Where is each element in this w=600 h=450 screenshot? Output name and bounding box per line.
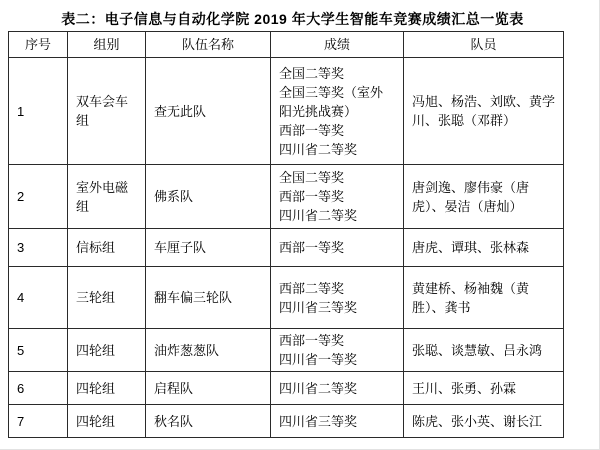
- cell-awards: 西部二等奖四川省三等奖: [271, 267, 404, 329]
- table-row: 1双车会车组查无此队全国二等奖全国三等奖（室外阳光挑战赛）西部一等奖四川省二等奖…: [9, 58, 564, 165]
- cell-awards: 四川省二等奖: [271, 372, 404, 405]
- award-line: 西部一等奖: [279, 121, 395, 140]
- cell-no: 1: [9, 58, 68, 165]
- cell-members: 冯旭、杨浩、刘欧、黄学川、张聪（邓群）: [404, 58, 564, 165]
- cell-no: 2: [9, 165, 68, 229]
- award-line: 全国二等奖: [279, 64, 395, 83]
- table-row: 5四轮组油炸葱葱队西部一等奖四川省一等奖张聪、谈慧敏、吕永鸿: [9, 329, 564, 372]
- table-row: 4三轮组翻车偏三轮队西部二等奖四川省三等奖黄建桥、杨袖魏（黄胜）、龚书: [9, 267, 564, 329]
- award-line: 四川省二等奖: [279, 206, 395, 225]
- award-line: 四川省三等奖: [279, 412, 395, 431]
- cell-team: 翻车偏三轮队: [146, 267, 271, 329]
- cell-members: 陈虎、张小英、谢长江: [404, 405, 564, 438]
- award-line: 全国三等奖（室外阳光挑战赛）: [279, 83, 395, 121]
- column-header-team: 队伍名称: [146, 32, 271, 58]
- cell-members: 张聪、谈慧敏、吕永鸿: [404, 329, 564, 372]
- cell-team: 启程队: [146, 372, 271, 405]
- award-line: 西部一等奖: [279, 331, 395, 350]
- column-header-group: 组别: [68, 32, 146, 58]
- cell-members: 黄建桥、杨袖魏（黄胜）、龚书: [404, 267, 564, 329]
- header-row: 序号 组别 队伍名称 成绩 队员: [9, 32, 564, 58]
- award-line: 西部二等奖: [279, 279, 395, 298]
- cell-group: 四轮组: [68, 372, 146, 405]
- cell-members: 王川、张勇、孙霖: [404, 372, 564, 405]
- cell-group: 四轮组: [68, 405, 146, 438]
- cell-team: 秋名队: [146, 405, 271, 438]
- cell-awards: 西部一等奖四川省一等奖: [271, 329, 404, 372]
- cell-awards: 西部一等奖: [271, 229, 404, 267]
- cell-team: 佛系队: [146, 165, 271, 229]
- table-row: 6四轮组启程队四川省二等奖王川、张勇、孙霖: [9, 372, 564, 405]
- cell-no: 4: [9, 267, 68, 329]
- cell-group: 三轮组: [68, 267, 146, 329]
- cell-team: 车厘子队: [146, 229, 271, 267]
- cell-group: 双车会车组: [68, 58, 146, 165]
- table-row: 2室外电磁组佛系队全国二等奖西部一等奖四川省二等奖唐剑逸、廖伟豪（唐虎）、晏洁（…: [9, 165, 564, 229]
- cell-members: 唐剑逸、廖伟豪（唐虎）、晏洁（唐灿）: [404, 165, 564, 229]
- document-page: 表二：电子信息与自动化学院 2019 年大学生智能车竞赛成绩汇总一览表 序号 组…: [0, 0, 600, 450]
- award-line: 西部一等奖: [279, 187, 395, 206]
- cell-group: 室外电磁组: [68, 165, 146, 229]
- cell-group: 信标组: [68, 229, 146, 267]
- table-body: 1双车会车组查无此队全国二等奖全国三等奖（室外阳光挑战赛）西部一等奖四川省二等奖…: [9, 58, 564, 438]
- table-title: 表二：电子信息与自动化学院 2019 年大学生智能车竞赛成绩汇总一览表: [0, 9, 585, 29]
- results-table: 序号 组别 队伍名称 成绩 队员 1双车会车组查无此队全国二等奖全国三等奖（室外…: [8, 31, 564, 438]
- cell-members: 唐虎、谭琪、张林森: [404, 229, 564, 267]
- cell-no: 6: [9, 372, 68, 405]
- cell-awards: 全国二等奖全国三等奖（室外阳光挑战赛）西部一等奖四川省二等奖: [271, 58, 404, 165]
- cell-awards: 四川省三等奖: [271, 405, 404, 438]
- award-line: 西部一等奖: [279, 238, 395, 257]
- cell-team: 油炸葱葱队: [146, 329, 271, 372]
- cell-no: 3: [9, 229, 68, 267]
- cell-no: 5: [9, 329, 68, 372]
- cell-no: 7: [9, 405, 68, 438]
- cell-group: 四轮组: [68, 329, 146, 372]
- column-header-members: 队员: [404, 32, 564, 58]
- table-row: 7四轮组秋名队四川省三等奖陈虎、张小英、谢长江: [9, 405, 564, 438]
- award-line: 全国二等奖: [279, 168, 395, 187]
- cell-team: 查无此队: [146, 58, 271, 165]
- award-line: 四川省二等奖: [279, 140, 395, 159]
- award-line: 四川省一等奖: [279, 350, 395, 369]
- award-line: 四川省二等奖: [279, 379, 395, 398]
- award-line: 四川省三等奖: [279, 298, 395, 317]
- table-row: 3信标组车厘子队西部一等奖唐虎、谭琪、张林森: [9, 229, 564, 267]
- column-header-awards: 成绩: [271, 32, 404, 58]
- column-header-no: 序号: [9, 32, 68, 58]
- cell-awards: 全国二等奖西部一等奖四川省二等奖: [271, 165, 404, 229]
